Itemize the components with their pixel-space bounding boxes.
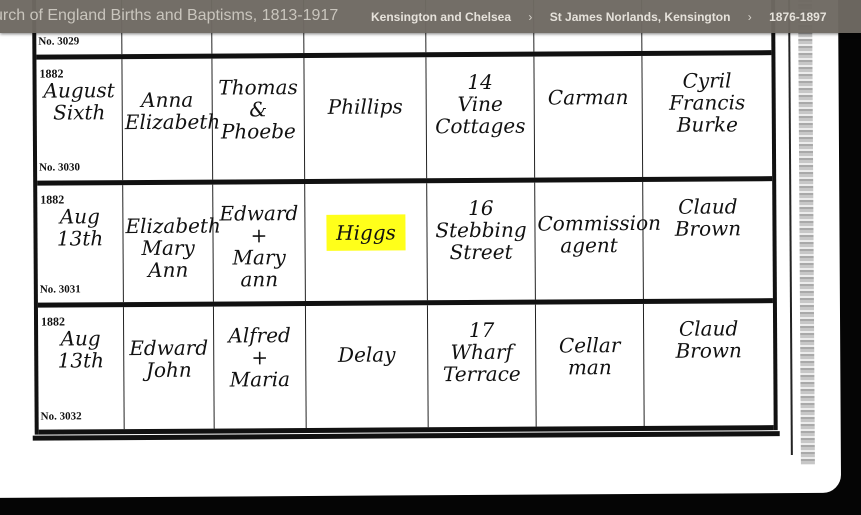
child-name-text: Anna Elizabeth: [125, 88, 221, 134]
record-header-bar: urch of England Births and Baptisms, 181…: [0, 0, 861, 33]
cell-surname: Higgs: [305, 183, 428, 301]
cell-date: 1882No. 3032Aug 13th: [38, 307, 125, 430]
child-name-text: Elizabeth Mary Ann: [125, 214, 221, 282]
surname-text: Delay: [338, 342, 396, 366]
cell-surname: Delay: [306, 305, 429, 428]
cell-child-name: Edward John: [124, 307, 215, 430]
cell-officiant: Cyril Francis Burke: [642, 55, 772, 177]
table-row: 1882No. 3032Aug 13thEdward JohnAlfred + …: [38, 303, 774, 434]
abode-text: 14 Vine Cottages: [435, 70, 525, 138]
occupation-text: Cellar man: [559, 333, 621, 379]
surname-text: Phillips: [328, 94, 403, 118]
table-row: 1882No. 3030August SixthAnna ElizabethTh…: [36, 55, 772, 185]
entry-number: No. 3030: [39, 156, 80, 178]
cell-child-name: Elizabeth Mary Ann: [123, 185, 214, 303]
cell-parents: Thomas & Phoebe: [212, 58, 305, 180]
parents-text: Thomas & Phoebe: [218, 75, 298, 143]
cell-date: 1882No. 3030August Sixth: [36, 59, 123, 181]
date-text: Aug 13th: [57, 204, 104, 250]
entry-number: No. 3029: [38, 30, 79, 52]
entry-number: No. 3031: [40, 278, 81, 300]
table-row: 1882No. 3031Aug 13thElizabeth Mary AnnEd…: [37, 181, 773, 307]
chevron-right-icon: ›: [748, 10, 752, 24]
occupation-text: Carman: [548, 85, 629, 109]
cell-officiant: Claud Brown: [643, 181, 773, 299]
parents-text: Edward + Mary ann: [219, 201, 298, 291]
officiant-text: Claud Brown: [675, 194, 741, 240]
cell-parents: Alfred + Maria: [214, 306, 307, 429]
highlighted-surname: Higgs: [326, 214, 406, 250]
cell-occupation: Cellar man: [536, 304, 645, 427]
parents-text: Alfred + Maria: [228, 323, 291, 391]
page-edge-line: [788, 0, 793, 455]
cell-parents: Edward + Mary ann: [213, 184, 306, 302]
cell-occupation: Commission agent: [535, 182, 644, 300]
date-text: August Sixth: [43, 78, 114, 124]
image-viewer[interactable]: No. 3029 1882No. 3030August SixthAnna El…: [0, 0, 861, 515]
cell-abode: 16 Stebbing Street: [427, 183, 536, 301]
cell-officiant: Claud Brown: [644, 303, 774, 426]
abode-text: 16 Stebbing Street: [435, 196, 526, 264]
officiant-text: Claud Brown: [675, 316, 741, 362]
collection-title[interactable]: urch of England Births and Baptisms, 181…: [0, 7, 338, 25]
cell-surname: Phillips: [304, 57, 427, 179]
breadcrumb-date-range[interactable]: 1876-1897: [769, 10, 826, 24]
chevron-right-icon: ›: [528, 10, 532, 24]
abode-text: 17 Wharf Terrace: [443, 318, 521, 386]
page-gutter: [798, 0, 815, 465]
breadcrumb-borough[interactable]: Kensington and Chelsea: [371, 10, 511, 24]
register-page-image: No. 3029 1882No. 3030August SixthAnna El…: [0, 0, 841, 498]
breadcrumb-parish[interactable]: St James Norlands, Kensington: [550, 10, 731, 24]
cell-occupation: Carman: [534, 56, 643, 178]
cell-date: 1882No. 3031Aug 13th: [37, 185, 124, 303]
date-text: Aug 13th: [58, 326, 105, 372]
cell-child-name: Anna Elizabeth: [122, 59, 213, 181]
baptism-register-table: No. 3029 1882No. 3030August SixthAnna El…: [32, 0, 778, 435]
breadcrumb: Kensington and Chelsea › St James Norlan…: [371, 10, 827, 24]
cell-abode: 14 Vine Cottages: [426, 57, 535, 179]
entry-number: No. 3032: [41, 405, 82, 427]
child-name-text: Edward John: [129, 336, 208, 382]
cell-abode: 17 Wharf Terrace: [428, 305, 537, 428]
officiant-text: Cyril Francis Burke: [669, 68, 745, 136]
